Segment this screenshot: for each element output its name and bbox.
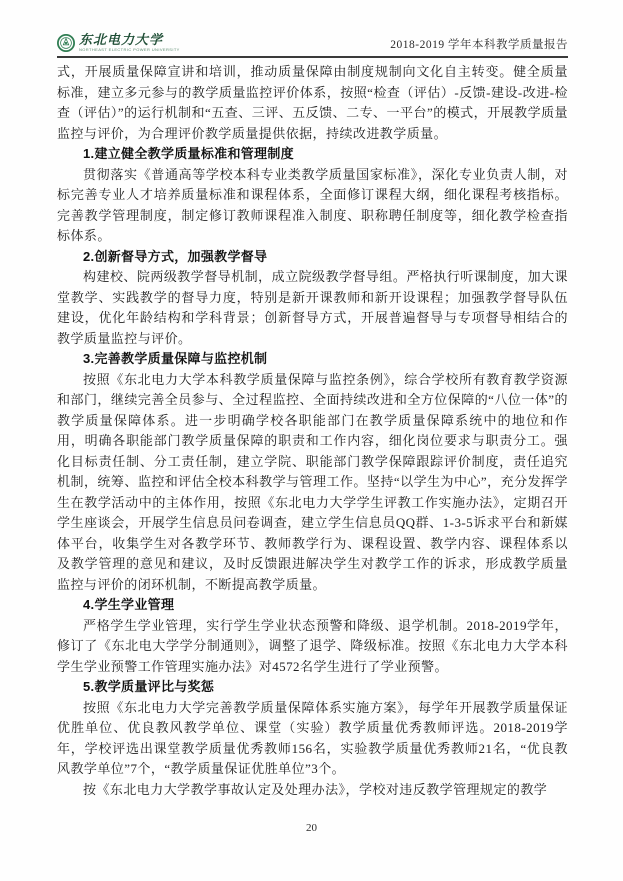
body-paragraph: 按照《东北电力大学完善教学质量保障体系实施方案》，每学年开展教学质量保证优胜单位… [57, 698, 568, 780]
section-heading: 5.教学质量评比与奖惩 [57, 677, 568, 698]
body-paragraph: 式，开展质量保障宣讲和培训，推动质量保障由制度规制向文化自主转变。健全质量标准，… [57, 62, 568, 144]
document-body: 式，开展质量保障宣讲和培训，推动质量保障由制度规制向文化自主转变。健全质量标准，… [57, 62, 568, 800]
body-paragraph: 按《东北电力大学教学事故认定及处理办法》，学校对违反教学管理规定的教学 [57, 780, 568, 801]
section-heading: 4.学生学业管理 [57, 595, 568, 616]
body-paragraph: 构建校、院两级教学督导机制，成立院级教学督导组。严格执行听课制度，加大课堂教学、… [57, 267, 568, 349]
section-heading: 2.创新督导方式，加强教学督导 [57, 247, 568, 268]
university-emblem-icon [57, 34, 75, 52]
body-paragraph: 严格学生学业管理，实行学生学业状态预警和降级、退学机制。2018-2019学年，… [57, 616, 568, 678]
university-name-en: NORTHEAST ELECTRIC POWER UNIVERSITY [79, 48, 180, 52]
page-header: 东北电力大学 NORTHEAST ELECTRIC POWER UNIVERSI… [57, 24, 568, 58]
section-heading: 3.完善教学质量保障与监控机制 [57, 349, 568, 370]
section-heading: 1.建立健全教学质量标准和管理制度 [57, 144, 568, 165]
university-logo: 东北电力大学 NORTHEAST ELECTRIC POWER UNIVERSI… [57, 34, 180, 52]
page-footer: 20 [0, 822, 623, 834]
document-page: 东北电力大学 NORTHEAST ELECTRIC POWER UNIVERSI… [0, 0, 623, 881]
logo-names: 东北电力大学 NORTHEAST ELECTRIC POWER UNIVERSI… [79, 34, 180, 52]
page-number: 20 [306, 822, 317, 834]
report-title: 2018-2019 学年本科教学质量报告 [390, 36, 568, 52]
university-name-zh: 东北电力大学 [79, 34, 180, 47]
body-paragraph: 按照《东北电力大学本科教学质量保障与监控条例》，综合学校所有教育教学资源和部门，… [57, 370, 568, 596]
body-paragraph: 贯彻落实《普通高等学校本科专业类教学质量国家标准》，深化专业负责人制，对标完善专… [57, 165, 568, 247]
